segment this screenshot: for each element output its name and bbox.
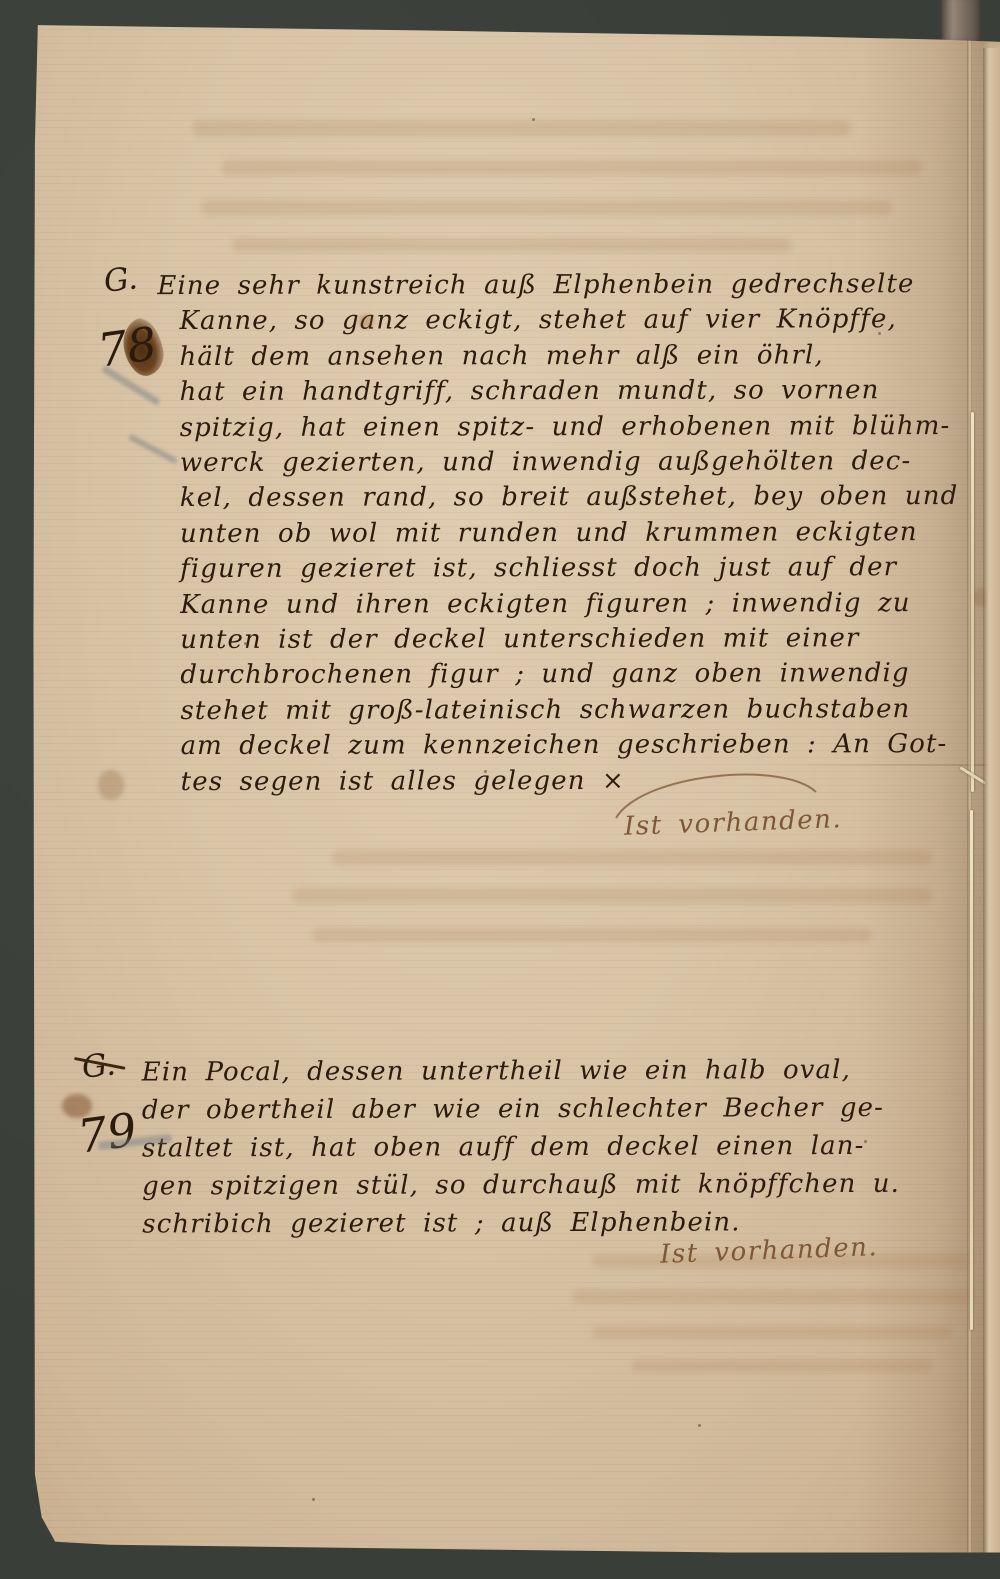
manuscript-line: gen spitzigen stül, so durchauß mit knöp… bbox=[142, 1165, 992, 1206]
manuscript-line: stehet mit groß-lateinisch schwarzen buc… bbox=[158, 692, 998, 730]
bleedthrough-text-ghost bbox=[312, 928, 872, 942]
manuscript-line: am deckel zum kennzeichen geschrieben : … bbox=[159, 727, 999, 765]
paper-stain bbox=[62, 1094, 92, 1118]
fold-crease bbox=[770, 764, 1000, 766]
binding-thread bbox=[970, 810, 973, 1330]
entry-78-text: Eine sehr kunstreich auß Elphenbein gedr… bbox=[157, 267, 998, 800]
manuscript-line: hat ein handtgriff, schraden mundt, so v… bbox=[158, 373, 998, 411]
bleedthrough-text-ghost bbox=[232, 238, 792, 252]
paper-stain bbox=[98, 770, 124, 800]
manuscript-line: Eine sehr kunstreich auß Elphenbein gedr… bbox=[157, 267, 997, 305]
paper-speck bbox=[244, 642, 247, 645]
availability-note-79: Ist vorhanden. bbox=[660, 1232, 879, 1270]
bleedthrough-text-ghost bbox=[332, 850, 932, 865]
bleedthrough-text-ghost bbox=[292, 888, 932, 903]
manuscript-line: durchbrochenen figur ; und ganz oben inw… bbox=[158, 656, 998, 694]
scan-background: G. 78 Eine sehr kunstreich auß Elphenbei… bbox=[0, 0, 1000, 1579]
manuscript-line: spitzig, hat einen spitz- und erhobenen … bbox=[158, 409, 998, 447]
adjacent-page-edge bbox=[983, 48, 1000, 1554]
manuscript-line: tes segen ist alles gelegen × bbox=[159, 763, 999, 801]
binding-thread bbox=[971, 412, 974, 792]
manuscript-line: unten ob wol mit runden und krummen ecki… bbox=[158, 515, 998, 553]
entry-79-text: Ein Pocal, dessen untertheil wie ein hal… bbox=[142, 1051, 993, 1244]
paper-speck bbox=[312, 1498, 315, 1501]
entry-79-margin-mark: G. bbox=[80, 1046, 117, 1085]
availability-note-78: Ist vorhanden. bbox=[624, 804, 843, 842]
manuscript-line: Kanne, so ganz eckigt, stehet auf vier K… bbox=[157, 302, 997, 340]
manuscript-page: G. 78 Eine sehr kunstreich auß Elphenbei… bbox=[32, 22, 1000, 1554]
bleedthrough-text-ghost bbox=[192, 120, 852, 136]
manuscript-line: hält dem ansehen nach mehr alß ein öhrl, bbox=[157, 338, 997, 376]
manuscript-line: der obertheil aber wie ein schlechter Be… bbox=[142, 1089, 992, 1130]
manuscript-line: unten ist der deckel unterschieden mit e… bbox=[158, 621, 998, 659]
manuscript-line: werck gezierten, und inwendig außgehölte… bbox=[158, 444, 998, 482]
paper-speck bbox=[484, 770, 487, 773]
manuscript-line: Kanne und ihren eckigten figuren ; inwen… bbox=[158, 586, 998, 624]
paper-speck bbox=[878, 332, 881, 335]
paper-stain bbox=[358, 314, 374, 328]
struck-mark: G. bbox=[80, 1046, 117, 1085]
bleedthrough-text-ghost bbox=[202, 200, 892, 215]
entry-78-margin-mark: G. bbox=[102, 260, 139, 299]
manuscript-line: Ein Pocal, dessen untertheil wie ein hal… bbox=[142, 1051, 992, 1092]
paper-speck bbox=[698, 1424, 701, 1427]
paper-speck bbox=[532, 118, 535, 121]
manuscript-line: figuren gezieret ist, schliesst doch jus… bbox=[158, 550, 998, 588]
bleedthrough-text-ghost bbox=[222, 160, 922, 175]
paper-speck bbox=[864, 1140, 867, 1143]
manuscript-line: kel, dessen rand, so breit außstehet, be… bbox=[158, 479, 998, 517]
manuscript-line: staltet ist, hat oben auff dem deckel ei… bbox=[142, 1127, 992, 1168]
